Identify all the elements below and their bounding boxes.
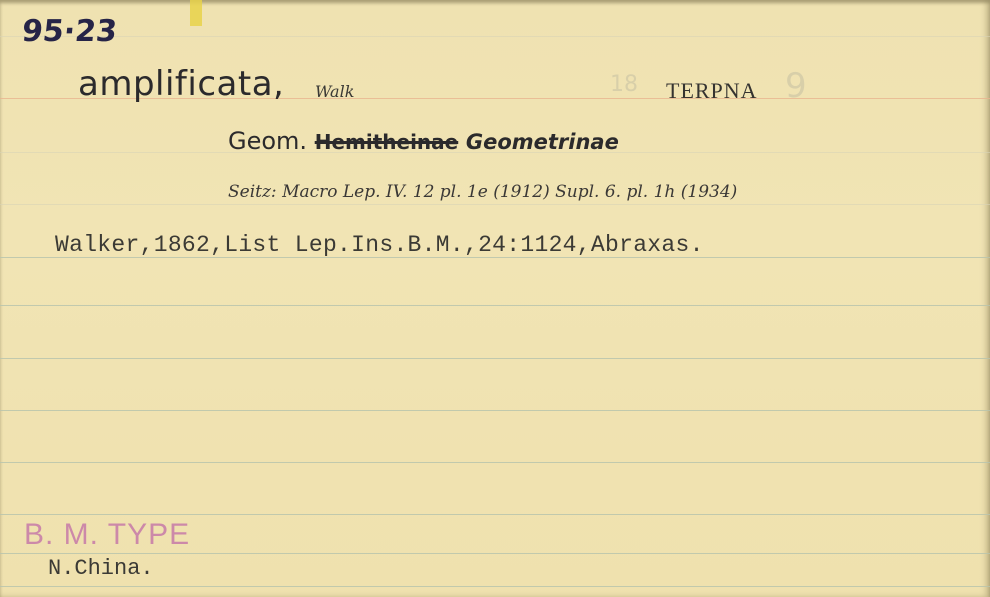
ruled-line <box>0 586 990 587</box>
ruled-line <box>0 36 990 37</box>
ghost-mark: 18 <box>610 72 638 97</box>
ruled-line <box>0 305 990 306</box>
seitz-reference: Seitz: Macro Lep. IV. 12 pl. 1e (1912) S… <box>228 182 737 202</box>
locality: N.China. <box>48 556 154 581</box>
ghost-mark: 9 <box>785 66 807 106</box>
species-name: amplificata, <box>78 64 284 104</box>
yellow-tab-marker <box>190 0 202 26</box>
family-line: Geom. Hemitheinae Geometrinae <box>228 127 619 155</box>
catalog-number: 95·23 <box>20 14 119 49</box>
author-abbrev: Walk <box>315 82 354 101</box>
ruled-line <box>0 358 990 359</box>
ruled-line <box>0 204 990 205</box>
family-prefix: Geom. <box>228 127 307 155</box>
ruled-line <box>0 514 990 515</box>
bm-type-stamp: B. M. TYPE <box>24 518 190 552</box>
struck-family: Hemitheinae <box>315 130 459 154</box>
genus-name: TERPNA <box>666 78 758 104</box>
original-reference: Walker,1862,List Lep.Ins.B.M.,24:1124,Ab… <box>55 232 704 258</box>
index-card: 18 9 95·23 amplificata, Walk TERPNA Geom… <box>0 0 990 597</box>
replacement-family: Geometrinae <box>466 130 619 154</box>
ruled-line <box>0 462 990 463</box>
ruled-line <box>0 553 990 554</box>
ruled-line <box>0 410 990 411</box>
